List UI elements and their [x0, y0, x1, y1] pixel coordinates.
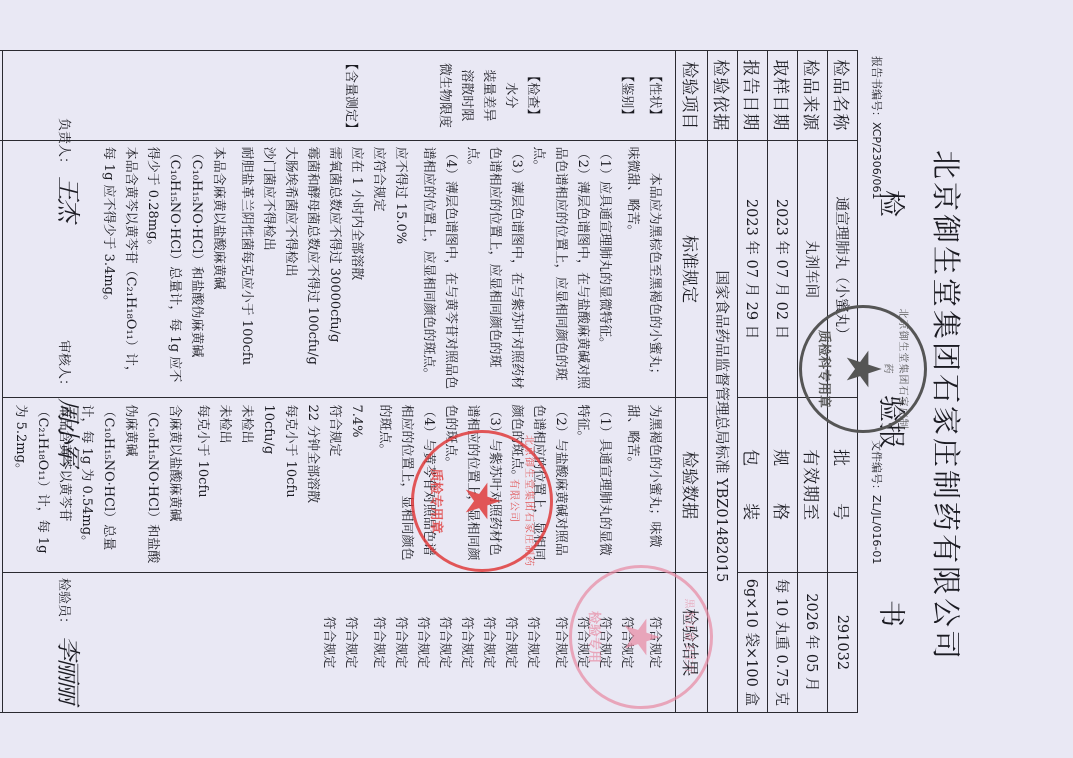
- file-number-label: 文件编号：: [870, 440, 883, 495]
- file-number-value: ZL/JL/016-01: [870, 495, 883, 564]
- conclusion-label: 结论: [0, 51, 3, 141]
- inspection-table: 检品名称 通宣理肺丸（小蜜丸） 批 号 291032 检品来源 丸剂车间 有效期…: [0, 50, 858, 713]
- standard-column: 本品应为黑棕色至黑褐色的小蜜丸；味微甜、略苦。（1）应具通宣理肺丸的显微特征。（…: [3, 140, 676, 398]
- seal-ring-text: 北京御生堂集团石家庄制药: [882, 308, 912, 430]
- data-line: 含麻黄以盐酸麻黄碱（C₁₀H₁₅NO·HCl）和盐酸伪麻黄碱（C₁₀H₁₅NO·…: [75, 404, 185, 565]
- data-column: 为黑褐色的小蜜丸；味微甜、略苦。（1）具通宣理肺丸的显微特征。（2）与盐酸麻黄碱…: [3, 398, 676, 572]
- standard-line: （2）薄层色谱图中，在与盐酸麻黄碱对照品色谱相应的位置上，应显相同颜色的斑点。: [527, 147, 593, 392]
- items-line: 【鉴别】: [615, 57, 637, 134]
- info-row: 检验依据 国家食品药品监督管理总局标准 YBZ01482015: [708, 51, 738, 713]
- data-line: 符合规定: [323, 404, 345, 565]
- reviewer-signature: 审核人：周小军: [53, 340, 88, 464]
- results-line: 符合规定: [411, 579, 433, 706]
- info-label: 检品来源: [798, 51, 828, 141]
- results-line: 符合规定: [455, 579, 477, 706]
- faded-pink-seal: 黑龙江省卫生厅 ★ 检验专用: [569, 565, 713, 709]
- results-line: 符合规定: [317, 579, 339, 706]
- results-line: 符合规定: [521, 579, 543, 706]
- standard-line: 需氧菌总数应不得过 30000cfu/g: [323, 147, 345, 392]
- info-label: 报告日期: [738, 51, 768, 141]
- standard-line: 应不得过 15.0%: [389, 147, 411, 392]
- inspector-signature: 检验员：李丽丽: [53, 578, 88, 702]
- standard-line: 本品应为黑棕色至黑褐色的小蜜丸；味微甜、略苦。: [621, 147, 665, 392]
- header-item: 检验项目: [676, 51, 708, 141]
- items-line: 【性状】: [643, 57, 665, 134]
- star-icon: ★: [839, 347, 887, 390]
- standard-line: 应符合规定: [367, 147, 389, 392]
- data-line: （1）具通宣理肺丸的显微特征。: [571, 404, 615, 565]
- info-row: 报告日期 2023 年 07 月 29 日 包 装 6g×10 袋×100 盒: [738, 51, 768, 713]
- inspection-certificate-page: 北京御生堂集团石家庄制药有限公司 检 验报 书 报告书编号：XCP/2306/0…: [0, 0, 1073, 758]
- results-line: 符合规定: [339, 579, 361, 706]
- header-data: 检验数据: [676, 398, 708, 572]
- info-value: 2023 年 07 月 02 日: [768, 140, 798, 398]
- reviewer-handwriting: 周小军: [54, 398, 82, 464]
- items-line: 水分: [499, 57, 521, 134]
- info-label: 取样日期: [768, 51, 798, 141]
- info-label: 规 格: [768, 398, 798, 572]
- inspector-handwriting: 李丽丽: [54, 636, 82, 702]
- results-line: 符合规定: [367, 579, 389, 706]
- qc-department-seal: 北京御生堂集团石家庄制药 ★ 质检科专用章: [799, 305, 927, 433]
- responsible-label: 负责人：: [56, 118, 71, 170]
- standard-line: （3）薄层色谱图中，在与紫苏叶对照药材色谱相应的位置上，应显相同颜色的斑点。: [461, 147, 527, 392]
- info-label: 包 装: [738, 398, 768, 572]
- info-value: 每 10 丸重 0.75 克: [768, 572, 798, 712]
- info-label: 检品名称: [828, 51, 858, 141]
- standard-line: 大肠埃希菌应不得检出: [279, 147, 301, 392]
- data-line: 7.4%: [345, 404, 367, 565]
- standard-line: 耐胆盐革兰阴性菌每克应小于 100cfu: [235, 147, 257, 392]
- report-number: 报告书编号：XCP/2306/061: [869, 56, 885, 199]
- responsible-handwriting: 王杰: [54, 176, 82, 220]
- seal-bottom-text: 检验专用: [586, 568, 605, 706]
- items-line: 【检查】: [521, 57, 543, 134]
- spacer: [389, 57, 411, 134]
- seal-bottom-text: 质检专用章: [428, 433, 447, 569]
- data-line: 10cfu/g: [257, 404, 279, 565]
- items-line: 【含量测定】: [339, 57, 361, 134]
- data-line: 每克小于 10cfu: [191, 404, 213, 565]
- data-line: 未检出: [213, 404, 235, 565]
- company-red-seal: 北京御生堂集团石家庄制药有限公司 ★ 质检专用章: [411, 430, 553, 572]
- responsible-signature: 负责人：王杰: [53, 118, 88, 220]
- star-icon: ★: [458, 479, 506, 522]
- standard-line: 应在 1 小时内全部溶散: [345, 147, 367, 392]
- header-standard: 标准规定: [676, 140, 708, 398]
- spacer: [411, 57, 433, 134]
- items-column: 【性状】【鉴别】 【检查】水分装量差异溶散时限微生物限度 【含量测定】: [3, 51, 676, 141]
- conclusion-row: 结论 本品按国家食品药品监督管理总局标准 YBZ01482015 检验，结果符合…: [0, 51, 3, 713]
- info-value: 6g×10 袋×100 盒: [738, 572, 768, 712]
- standard-line: 本品含麻黄以盐酸麻黄碱（C₁₀H₁₅NO·HCl）和盐酸伪麻黄碱（C₁₀H₁₅N…: [141, 147, 229, 392]
- spacer: [571, 57, 593, 134]
- standard-line: 霉菌和酵母菌总数应不得过 100cfu/g: [301, 147, 323, 392]
- results-line: 符合规定: [549, 579, 571, 706]
- items-line: 微生物限度: [433, 57, 455, 134]
- conclusion-text: 本品按国家食品药品监督管理总局标准 YBZ01482015 检验，结果符合规定。: [0, 140, 3, 712]
- results-line: 符合规定: [389, 579, 411, 706]
- results-line: 符合规定: [499, 579, 521, 706]
- info-value: 2026 年 05 月: [798, 572, 828, 712]
- info-value: 291032: [828, 572, 858, 712]
- results-line: 符合规定: [433, 579, 455, 706]
- star-icon: ★: [617, 615, 665, 658]
- standard-line: （4）薄层色谱图中，在与黄芩苷对照品色谱相应的位置上，应显相同颜色的斑点。: [417, 147, 461, 392]
- spacer: [593, 57, 615, 134]
- spacer: [367, 57, 389, 134]
- results-line: 符合规定: [477, 579, 499, 706]
- standard-line: 本品含黄芩以黄芩苷（C₂₁H₁₈O₁₁）计，每 1g 应不得少于 3.4mg。: [97, 147, 141, 392]
- seal-ring-text: 北京御生堂集团石家庄制药有限公司: [508, 433, 538, 569]
- info-value: 2023 年 07 月 29 日: [738, 140, 768, 398]
- data-line: 未检出: [235, 404, 257, 565]
- seal-ring-text: 黑龙江省卫生厅: [683, 568, 698, 706]
- seal-bottom-text: 质检科专用章: [816, 308, 835, 430]
- data-line: 每克小于 10cfu: [279, 404, 301, 565]
- data-line: 22 分钟全部溶散: [301, 404, 323, 565]
- data-line: 为黑褐色的小蜜丸；味微甜、略苦。: [621, 404, 665, 565]
- info-label: 检验依据: [708, 51, 738, 141]
- company-name: 北京御生堂集团石家庄制药有限公司: [927, 150, 968, 710]
- reviewer-label: 审核人：: [56, 340, 71, 392]
- standard-line: （1）应具通宣理肺丸的显微特征。: [593, 147, 615, 392]
- file-number: 文件编号：ZL/JL/016-01: [869, 440, 885, 564]
- items-line: 溶散时限: [455, 57, 477, 134]
- report-number-value: XCP/2306/061: [870, 122, 883, 199]
- info-row: 取样日期 2023 年 07 月 02 日 规 格 每 10 丸重 0.75 克: [768, 51, 798, 713]
- spacer: [317, 57, 339, 134]
- inspector-label: 检验员：: [56, 578, 71, 630]
- standard-line: 沙门菌应不得检出: [257, 147, 279, 392]
- items-line: 装量差异: [477, 57, 499, 134]
- report-number-label: 报告书编号：: [870, 56, 883, 122]
- doc-title-part-3: 书: [874, 600, 913, 627]
- spacer: [549, 57, 571, 134]
